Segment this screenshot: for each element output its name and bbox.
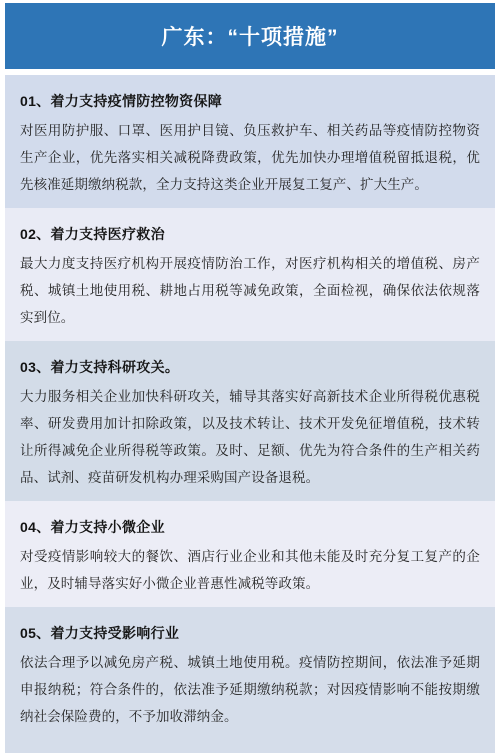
measure-section-03: 03、着力支持科研攻关。 大力服务相关企业加快科研攻关，辅导其落实好高新技术企业… <box>5 341 495 501</box>
measure-section-02: 02、着力支持医疗救治 最大力度支持医疗机构开展疫情防治工作，对医疗机构相关的增… <box>5 208 495 341</box>
measure-01-heading: 01、着力支持疫情防控物资保障 <box>20 91 480 112</box>
measure-section-04: 04、着力支持小微企业 对受疫情影响较大的餐饮、酒店行业企业和其他未能及时充分复… <box>5 501 495 607</box>
measure-05-heading: 05、着力支持受影响行业 <box>20 623 480 644</box>
measure-05-body: 依法合理予以减免房产税、城镇土地使用税。疫情防控期间，依法准予延期申报纳税；符合… <box>20 649 480 730</box>
measure-03-heading: 03、着力支持科研攻关。 <box>20 357 480 378</box>
measure-01-body: 对医用防护服、口罩、医用护目镜、负压救护车、相关药品等疫情防控物资生产企业，优先… <box>20 117 480 198</box>
measure-section-01: 01、着力支持疫情防控物资保障 对医用防护服、口罩、医用护目镜、负压救护车、相关… <box>5 75 495 208</box>
measure-03-body: 大力服务相关企业加快科研攻关，辅导其落实好高新技术企业所得税优惠税率、研发费用加… <box>20 383 480 491</box>
page-title: 广东：“十项措施” <box>162 21 339 51</box>
measure-02-heading: 02、着力支持医疗救治 <box>20 224 480 245</box>
measure-02-body: 最大力度支持医疗机构开展疫情防治工作，对医疗机构相关的增值税、房产税、城镇土地使… <box>20 250 480 331</box>
page: 广东：“十项措施” 01、着力支持疫情防控物资保障 对医用防护服、口罩、医用护目… <box>0 0 500 753</box>
measure-section-05: 05、着力支持受影响行业 依法合理予以减免房产税、城镇土地使用税。疫情防控期间，… <box>5 607 495 753</box>
measure-04-body: 对受疫情影响较大的餐饮、酒店行业企业和其他未能及时充分复工复产的企业，及时辅导落… <box>20 543 480 597</box>
measure-04-heading: 04、着力支持小微企业 <box>20 517 480 538</box>
header-banner: 广东：“十项措施” <box>5 3 495 69</box>
